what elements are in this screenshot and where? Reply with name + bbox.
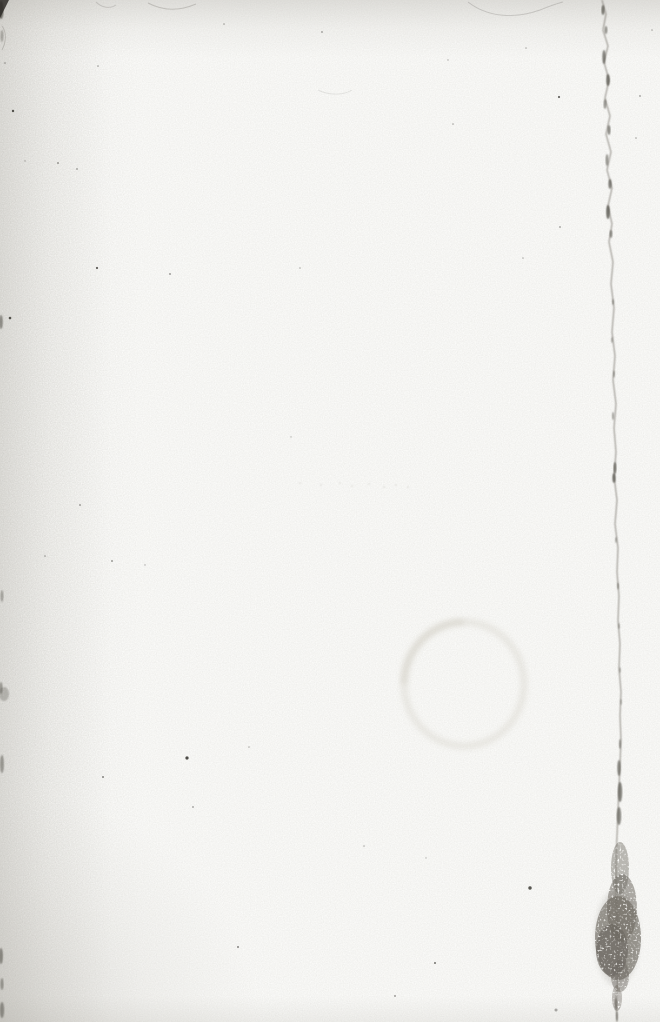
foxing-speck	[525, 47, 527, 49]
scanned-page	[0, 0, 660, 1022]
left-edge-mark	[1, 590, 4, 602]
foxing-speck	[299, 267, 301, 269]
foxing-speck	[223, 23, 225, 25]
page-scan-artifacts	[0, 0, 660, 1022]
faint-smudge	[368, 483, 370, 485]
foxing-speck	[237, 946, 239, 948]
foxing-speck	[97, 65, 99, 67]
crease-blotch	[614, 462, 617, 474]
foxing-speck	[76, 168, 78, 170]
foxing-speck	[185, 756, 188, 759]
faint-smudge	[320, 484, 322, 486]
foxing-speck	[528, 886, 531, 889]
crease-blotch	[617, 807, 621, 825]
crease-blotch	[619, 667, 621, 673]
crease-blotch	[602, 50, 605, 64]
crease-blotch	[617, 583, 619, 590]
crease-blotch	[606, 74, 610, 86]
crease-blotch	[601, 5, 604, 15]
crease-blotch	[618, 623, 620, 629]
crease-blotch	[616, 1011, 618, 1021]
crease-blotch	[608, 179, 611, 189]
blotch-part	[612, 985, 622, 1011]
blotch-part	[611, 960, 629, 992]
foxing-speck	[248, 746, 250, 748]
crease-blotch	[604, 99, 607, 109]
foxing-speck	[651, 29, 653, 31]
crease-blotch	[620, 699, 622, 705]
foxing-speck	[394, 995, 396, 997]
foxing-speck	[452, 123, 454, 125]
foxing-speck	[558, 96, 560, 98]
left-edge-mark	[1, 30, 4, 42]
faint-smudge	[407, 486, 409, 488]
foxing-speck	[522, 257, 524, 259]
crease-blotch	[606, 205, 610, 219]
faint-smudge	[299, 482, 301, 484]
crease-blotch	[619, 739, 621, 749]
foxing-speck	[635, 137, 637, 139]
faint-smudge	[383, 486, 385, 488]
foxing-speck	[111, 560, 113, 562]
foxing-speck	[447, 59, 448, 60]
foxing-speck	[4, 62, 6, 64]
crease-blotch	[617, 760, 621, 776]
crease-blotch	[612, 299, 614, 305]
foxing-speck	[321, 31, 323, 33]
foxing-speck	[144, 564, 145, 565]
crease-blotch	[611, 337, 613, 343]
foxing-speck	[363, 845, 365, 847]
crease-blotch	[618, 782, 622, 802]
foxing-speck	[24, 160, 25, 161]
foxing-speck	[555, 1009, 558, 1012]
crease-blotch	[613, 371, 615, 378]
foxing-speck	[102, 776, 104, 778]
crease-blotch	[610, 230, 613, 238]
foxing-speck	[192, 806, 194, 808]
faint-smudge	[351, 485, 353, 487]
crease-blotch	[615, 537, 617, 543]
foxing-speck	[96, 267, 98, 269]
foxing-speck	[44, 555, 46, 557]
foxing-speck	[12, 110, 14, 112]
left-edge-mark	[0, 978, 3, 990]
foxing-speck	[57, 162, 59, 164]
crease-blotch	[606, 154, 609, 166]
left-band-grain-overlay	[0, 0, 140, 1022]
foxing-speck	[79, 504, 81, 506]
foxing-speck	[9, 317, 12, 320]
crease-blotch	[607, 125, 610, 135]
faint-smudge	[339, 482, 341, 484]
foxing-speck	[639, 95, 641, 97]
left-edge-mark	[0, 755, 4, 773]
left-edge-mark	[0, 1002, 4, 1018]
foxing-speck	[425, 857, 426, 858]
faint-smudge	[395, 484, 397, 486]
crease-blotch	[605, 26, 608, 34]
foxing-speck	[169, 273, 171, 275]
crease-blotch	[612, 412, 614, 420]
crease-blotch	[612, 473, 615, 483]
foxing-speck	[434, 962, 436, 964]
foxing-speck	[290, 436, 291, 437]
foxing-speck	[559, 226, 561, 228]
